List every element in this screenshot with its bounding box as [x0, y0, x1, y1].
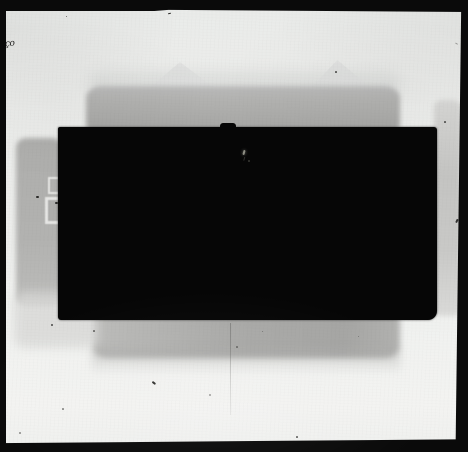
dust-speck	[152, 381, 156, 385]
film-scratch-speck-dim	[248, 160, 250, 162]
microfilm-scan-frame: ço	[0, 0, 468, 452]
dust-speck	[358, 336, 359, 337]
dust-speck	[62, 408, 64, 410]
dust-speck	[19, 432, 21, 434]
dust-speck	[51, 324, 53, 326]
dust-speck	[168, 13, 171, 15]
dust-speck	[66, 16, 67, 17]
book-haze-shadow	[88, 72, 400, 96]
dust-speck	[36, 196, 39, 198]
film-scratch-speck	[242, 150, 245, 155]
dust-speck	[236, 346, 238, 348]
dust-speck	[455, 219, 458, 223]
dust-speck	[209, 394, 211, 396]
redaction-top-notch	[220, 123, 236, 130]
film-border-right	[452, 0, 468, 452]
corner-scribble-mark: ço	[5, 39, 15, 50]
dust-speck	[335, 71, 337, 73]
dust-speck	[455, 42, 458, 44]
film-border-top	[0, 0, 468, 12]
dust-speck	[296, 436, 298, 438]
dust-speck	[19, 417, 21, 419]
film-border-left	[0, 0, 6, 452]
shadow-peak-right	[303, 60, 381, 96]
book-right-edge-shadow	[434, 100, 461, 316]
book-top-edge-shadow	[86, 86, 400, 130]
shadow-peak-left	[140, 62, 225, 96]
redacted-content-block	[58, 127, 437, 320]
dust-speck	[262, 331, 263, 332]
page-crease-line	[230, 323, 231, 415]
dust-speck	[444, 121, 446, 123]
dust-speck	[93, 330, 95, 332]
film-border-bottom	[0, 439, 468, 452]
bottom-shadow-fade	[92, 348, 400, 374]
book-bottom-edge-shadow	[92, 314, 400, 358]
